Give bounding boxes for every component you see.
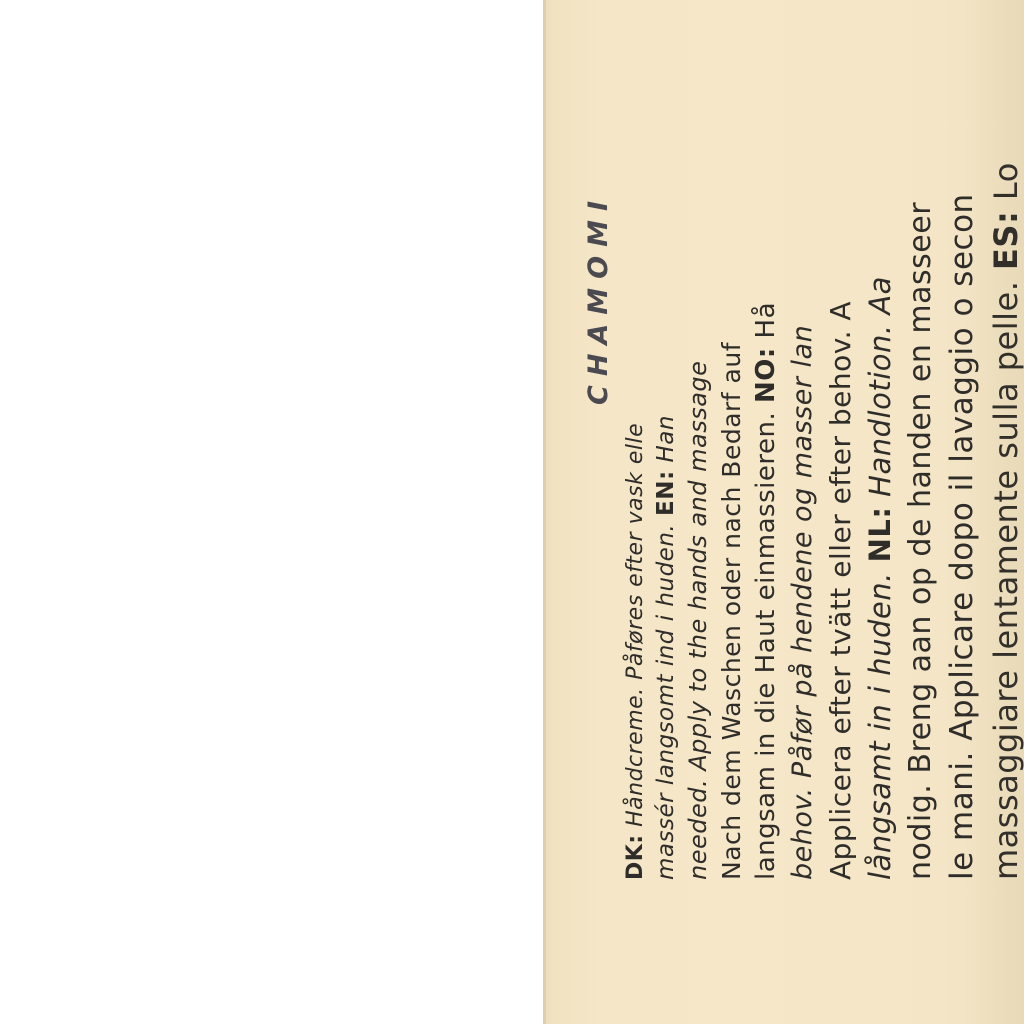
label-line: Applicera efter tvätt eller efter behov.…	[824, 301, 857, 880]
lang-code-en: EN:	[653, 470, 679, 516]
lang-code-es: ES:	[987, 211, 1024, 270]
label-line: nodig. Breng aan op de handen en masseer	[903, 202, 938, 880]
label-line: massaggiare lentamente sulla pelle. ES: …	[987, 162, 1024, 880]
lang-code-nl: NL:	[863, 507, 897, 563]
photo-scene: CHAMOMI DK: Håndcreme. Påføres efter vas…	[0, 0, 1024, 1024]
label-line: långsamt in i huden. NL: Handlotion. Aa	[863, 276, 897, 880]
label-line: behov. Påfør på hendene og masser lan	[787, 325, 818, 880]
label-line: needed. Apply to the hands and massage	[684, 361, 712, 880]
lang-code-dk: DK:	[623, 834, 648, 880]
lang-code-no: NO:	[751, 347, 781, 403]
bottle-edge	[543, 0, 546, 1024]
label-line: langsam in die Haut einmassieren. NO: Hå	[751, 302, 781, 880]
hand-cream-bottle: CHAMOMI DK: Håndcreme. Påføres efter vas…	[543, 0, 1024, 1024]
label-line: massér langsomt ind i huden. EN: Han	[653, 415, 679, 880]
label-line: DK: Håndcreme. Påføres efter vask elle	[623, 423, 648, 880]
label-line: Nach dem Waschen oder nach Bedarf auf	[717, 342, 746, 880]
product-title: CHAMOMI	[583, 192, 614, 405]
label-line: le mani. Applicare dopo il lavaggio o se…	[944, 193, 980, 880]
